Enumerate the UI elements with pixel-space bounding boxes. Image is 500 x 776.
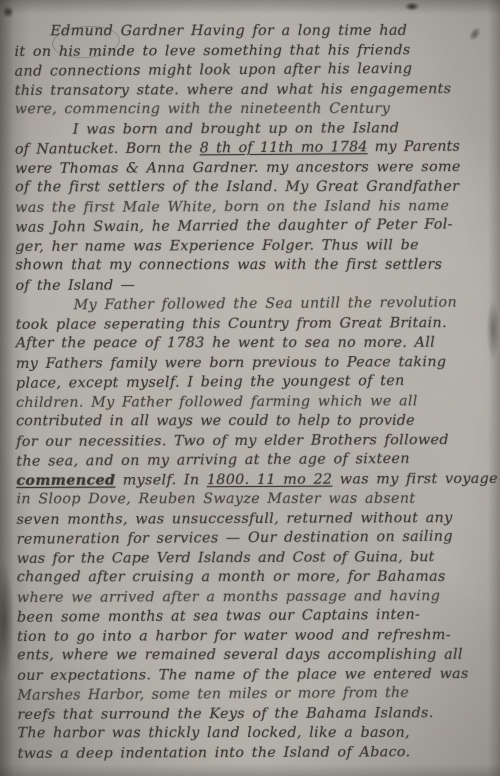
text-segment: The harbor was thickly land locked, like… (17, 725, 409, 741)
manuscript-line: shown that my connections was with the f… (15, 256, 489, 276)
underlined-text: 8 th of 11th mo 1784 (200, 139, 368, 156)
text-segment: After the peace of 1783 he went to sea n… (16, 335, 435, 352)
manuscript-line: children. My Father followed farming whi… (16, 391, 490, 413)
text-segment: seven months, was unsuccessfull, returne… (17, 510, 453, 528)
ink-speck (404, 2, 420, 11)
text-segment: my Parents (367, 139, 460, 156)
manuscript-line: this transatory state. where and what hi… (15, 79, 489, 101)
text-segment: I was born and brought up on the Island (73, 120, 399, 137)
text-segment: of the Island — (15, 277, 135, 294)
text-segment: tion to go into a harbor for water wood … (17, 627, 451, 645)
text-segment: where we arrived after a months passage … (17, 588, 440, 606)
text-segment: ents, where we remained several days acc… (17, 647, 463, 664)
manuscript-line: place, except myself. I being the younge… (16, 371, 490, 394)
text-segment: of the first settlers of the Island. My … (15, 179, 459, 196)
text-segment: were, commencing with the nineteenth Cen… (15, 101, 390, 117)
manuscript-line: in Sloop Dove, Reuben Swayze Master was … (16, 490, 490, 510)
manuscript-line: My Father followed the Sea untill the re… (16, 293, 490, 316)
text-segment: been some months at sea twas our Captain… (17, 607, 420, 626)
text-segment: remuneration for services — Our destinat… (17, 529, 453, 548)
text-segment: of Nantucket. Born the (15, 140, 200, 157)
manuscript-line: After the peace of 1783 he went to sea n… (16, 334, 490, 354)
manuscript-line: and connections might look upon after hi… (15, 59, 489, 82)
text-segment: was my first voyage (332, 470, 498, 487)
text-segment: this transatory state. where and what hi… (15, 81, 452, 99)
manuscript-page: Edmund Gardner Having for a long time ha… (0, 0, 500, 776)
manuscript-line: of Nantucket. Born the 8 th of 11th mo 1… (15, 137, 489, 160)
manuscript-line: seven months, was unsuccessfull, returne… (17, 508, 491, 530)
manuscript-line: been some months at sea twas our Captain… (17, 605, 491, 628)
manuscript-line: remuneration for services — Our destinat… (17, 527, 491, 550)
manuscript-line: tion to go into a harbor for water wood … (17, 625, 491, 647)
text-segment: shown that my connections was with the f… (15, 257, 442, 274)
text-segment: were Thomas & Anna Gardner. my ancestors… (15, 159, 461, 177)
text-segment: the sea, and on my arriving at the age o… (16, 451, 410, 470)
text-segment: reefs that surround the Keys of the Baha… (17, 705, 433, 723)
text-segment: was for the Cape Verd Islands and Cost o… (17, 549, 435, 567)
text-segment: twas a deep indentation into the Island … (18, 744, 411, 762)
manuscript-line: were, commencing with the nineteenth Cen… (15, 100, 489, 120)
underlined-text: 1800. 11 mo 22 (207, 471, 333, 488)
manuscript-line: where we arrived after a months passage … (17, 586, 491, 608)
text-segment: children. My Father followed farming whi… (16, 393, 418, 411)
manuscript-line: our expectations. The name of the place … (17, 664, 491, 686)
manuscript-line: commenced myself. In 1800. 11 mo 22 was … (16, 469, 490, 491)
manuscript-line: were Thomas & Anna Gardner. my ancestors… (15, 157, 489, 179)
text-segment: was the first Male White, born on the Is… (15, 198, 449, 216)
manuscript-line: changed after cruising a month or more, … (17, 568, 491, 588)
manuscript-line: reefs that surround the Keys of the Baha… (17, 703, 491, 725)
manuscript-text: Edmund Gardner Having for a long time ha… (14, 21, 491, 764)
manuscript-line: was the first Male White, born on the Is… (15, 196, 489, 218)
manuscript-line: of the first settlers of the Island. My … (15, 178, 489, 198)
manuscript-line: the sea, and on my arriving at the age o… (16, 449, 490, 472)
text-segment: place, except myself. I being the younge… (16, 373, 405, 392)
manuscript-line: I was born and brought up on the Island (15, 118, 489, 140)
manuscript-line: took place seperating this Country from … (16, 313, 490, 335)
text-segment: took place seperating this Country from … (16, 315, 447, 333)
text-segment: it on his minde to leve something that h… (14, 42, 410, 60)
text-segment: my Fathers family were born previous to … (16, 354, 447, 372)
manuscript-line: was John Swain, he Married the daughter … (15, 215, 489, 238)
manuscript-line: Marshes Harbor, some ten miles or more f… (17, 683, 491, 706)
underlined-text: commenced (16, 472, 115, 488)
manuscript-line: Edmund Gardner Having for a long time ha… (14, 22, 488, 42)
text-segment: My Father followed the Sea untill the re… (74, 295, 458, 314)
manuscript-line: ents, where we remained several days acc… (17, 646, 491, 666)
manuscript-line: my Fathers family were born previous to … (16, 352, 490, 374)
manuscript-line: it on his minde to leve something that h… (14, 40, 488, 62)
manuscript-line: contributed in all ways we could to help… (16, 412, 490, 432)
text-segment: myself. In (115, 472, 207, 488)
text-segment: was John Swain, he Married the daughter … (15, 217, 453, 236)
text-segment: in Sloop Dove, Reuben Swayze Master was … (16, 491, 415, 507)
text-segment: ger, her name was Experience Folger. Thu… (15, 237, 419, 255)
ink-speck (2, 6, 14, 18)
manuscript-line: for our necessities. Two of my elder Bro… (16, 430, 490, 452)
manuscript-line: The harbor was thickly land locked, like… (17, 724, 491, 744)
text-segment: our expectations. The name of the place … (17, 666, 469, 684)
text-segment: Marshes Harbor, some ten miles or more f… (17, 685, 409, 704)
text-segment: contributed in all ways we could to help… (16, 413, 415, 429)
text-segment: and connections might look upon after hi… (15, 61, 413, 80)
manuscript-line: was for the Cape Verd Islands and Cost o… (17, 547, 491, 569)
manuscript-line: twas a deep indentation into the Island … (18, 742, 492, 764)
manuscript-line: ger, her name was Experience Folger. Thu… (15, 235, 489, 257)
manuscript-line: of the Island — (15, 274, 489, 296)
edge-stain (0, 560, 14, 680)
text-segment: Edmund Gardner Having for a long time ha… (50, 23, 407, 39)
text-segment: changed after cruising a month or more, … (17, 569, 446, 586)
text-segment: for our necessities. Two of my elder Bro… (16, 432, 449, 450)
